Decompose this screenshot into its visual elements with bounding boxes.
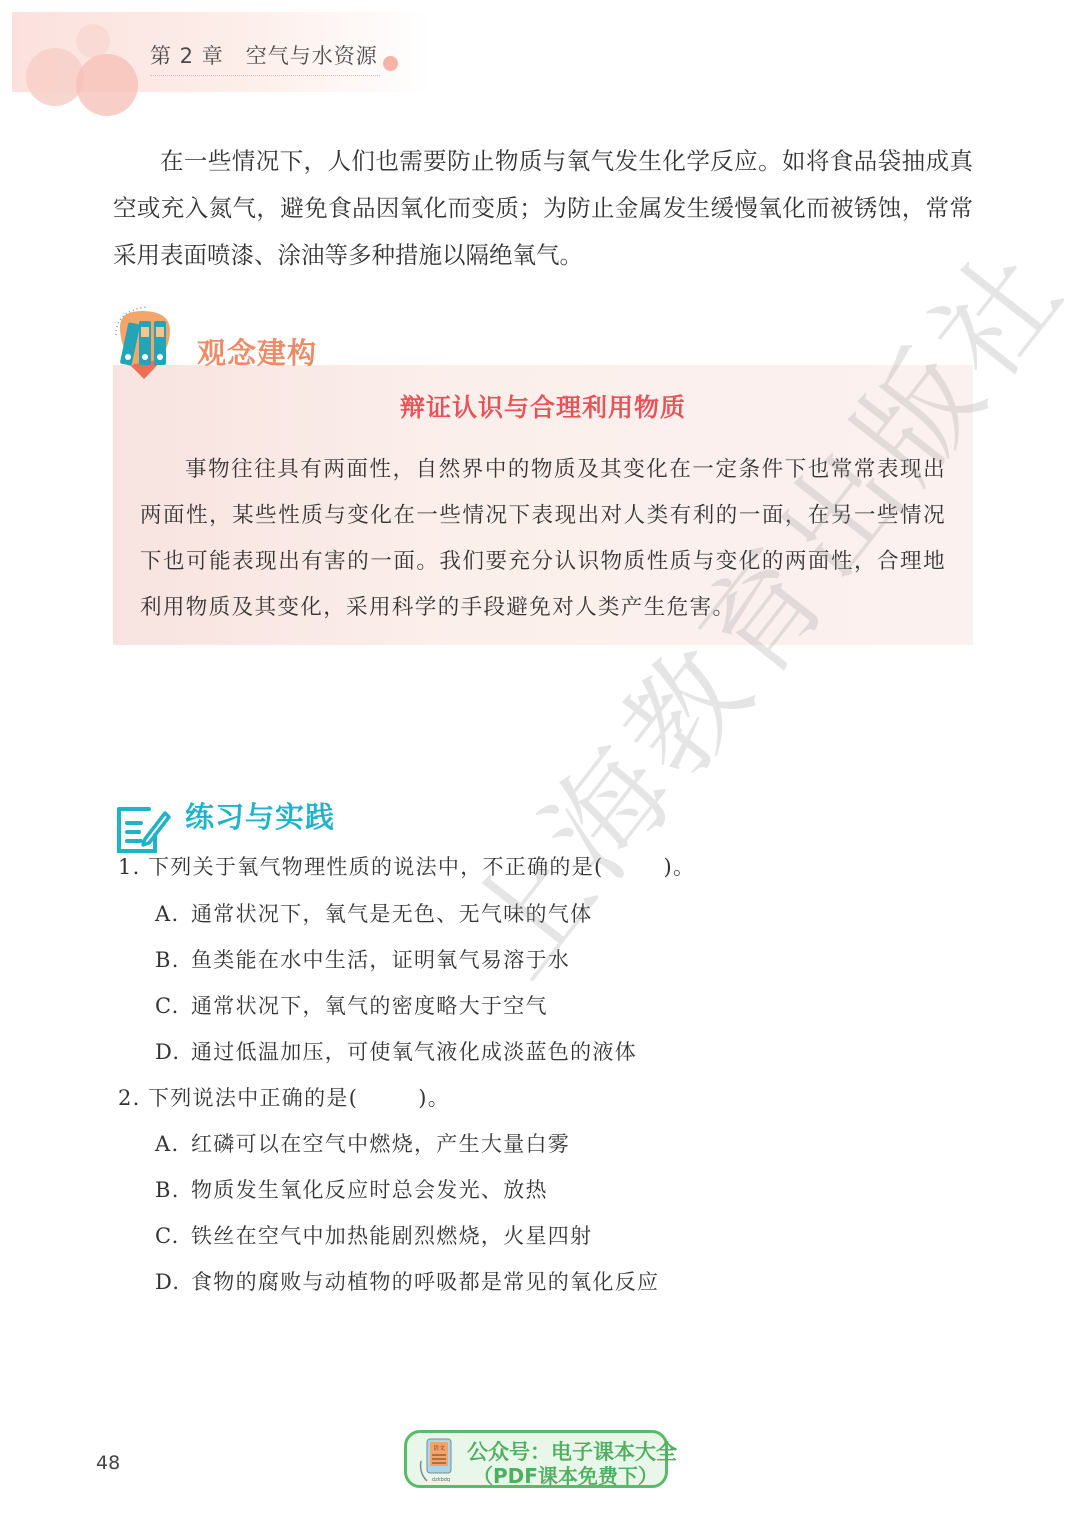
chapter-title: 第 2 章空气与水资源 <box>150 40 378 70</box>
question-stem-end: )。 <box>418 1086 450 1110</box>
question-1: 1.下列关于氧气物理性质的说法中，不正确的是()。 <box>118 851 695 881</box>
chapter-name: 空气与水资源 <box>246 44 378 68</box>
option-text: 红磷可以在空气中燃烧，产生大量白雾 <box>191 1132 570 1156</box>
option-text: 鱼类能在水中生活，证明氧气易溶于水 <box>191 948 570 972</box>
question-2: 2.下列说法中正确的是()。 <box>118 1082 450 1112</box>
option-2b: B.物质发生氧化反应时总会发光、放热 <box>155 1174 548 1204</box>
option-1c: C.通常状况下，氧气的密度略大于空气 <box>155 990 548 1020</box>
option-letter: B. <box>155 1178 191 1202</box>
option-letter: C. <box>155 1224 191 1248</box>
option-2d: D.食物的腐败与动植物的呼吸都是常见的氧化反应 <box>155 1266 659 1296</box>
option-letter: A. <box>155 1132 191 1156</box>
ebook-hand-icon: 语文 dzkbdq <box>417 1437 457 1483</box>
chapter-label: 第 2 章 <box>150 44 224 68</box>
option-1a: A.通常状况下，氧气是无色、无气味的气体 <box>155 898 592 928</box>
option-letter: D. <box>155 1040 191 1064</box>
promo-badge[interactable]: 语文 dzkbdq 公众号：电子课本大全 （PDF课本免费下） <box>404 1430 668 1488</box>
question-stem: 下列关于氧气物理性质的说法中，不正确的是( <box>148 855 604 879</box>
question-number: 1. <box>118 855 148 879</box>
option-letter: B. <box>155 948 191 972</box>
binders-icon <box>112 305 176 383</box>
option-text: 通常状况下，氧气是无色、无气味的气体 <box>191 902 592 926</box>
decor-dot <box>383 56 398 71</box>
option-1b: B.鱼类能在水中生活，证明氧气易溶于水 <box>155 944 570 974</box>
concept-box-title: 辩证认识与合理利用物质 <box>113 388 973 424</box>
option-letter: D. <box>155 1270 191 1294</box>
decor-circle <box>76 24 110 58</box>
option-text: 物质发生氧化反应时总会发光、放热 <box>191 1178 548 1202</box>
decor-circle <box>76 54 138 116</box>
option-text: 铁丝在空气中加热能剧烈燃烧，火星四射 <box>191 1224 592 1248</box>
decor-circle <box>26 48 84 106</box>
option-text: 通过低温加压，可使氧气液化成淡蓝色的液体 <box>191 1040 637 1064</box>
practice-heading: 练习与实践 <box>185 795 335 836</box>
header-divider <box>150 75 380 76</box>
svg-text:dzkbdq: dzkbdq <box>432 1477 450 1483</box>
promo-line-2: （PDF课本免费下） <box>473 1460 658 1489</box>
option-letter: C. <box>155 994 191 1018</box>
notepad-pencil-icon <box>115 805 171 855</box>
page-number: 48 <box>96 1452 120 1474</box>
intro-paragraph: 在一些情况下，人们也需要防止物质与氧气发生化学反应。如将食品袋抽成真空或充入氮气… <box>113 138 973 279</box>
svg-text:语文: 语文 <box>433 1444 445 1452</box>
option-letter: A. <box>155 902 191 926</box>
concept-heading: 观念建构 <box>197 331 317 372</box>
concept-box-body: 事物往往具有两面性，自然界中的物质及其变化在一定条件下也常常表现出两面性，某些性… <box>140 447 946 631</box>
option-2c: C.铁丝在空气中加热能剧烈燃烧，火星四射 <box>155 1220 592 1250</box>
question-stem-end: )。 <box>664 855 696 879</box>
question-stem: 下列说法中正确的是( <box>148 1086 358 1110</box>
option-2a: A.红磷可以在空气中燃烧，产生大量白雾 <box>155 1128 570 1158</box>
option-1d: D.通过低温加压，可使氧气液化成淡蓝色的液体 <box>155 1036 637 1066</box>
option-text: 通常状况下，氧气的密度略大于空气 <box>191 994 548 1018</box>
option-text: 食物的腐败与动植物的呼吸都是常见的氧化反应 <box>191 1270 659 1294</box>
question-number: 2. <box>118 1086 148 1110</box>
